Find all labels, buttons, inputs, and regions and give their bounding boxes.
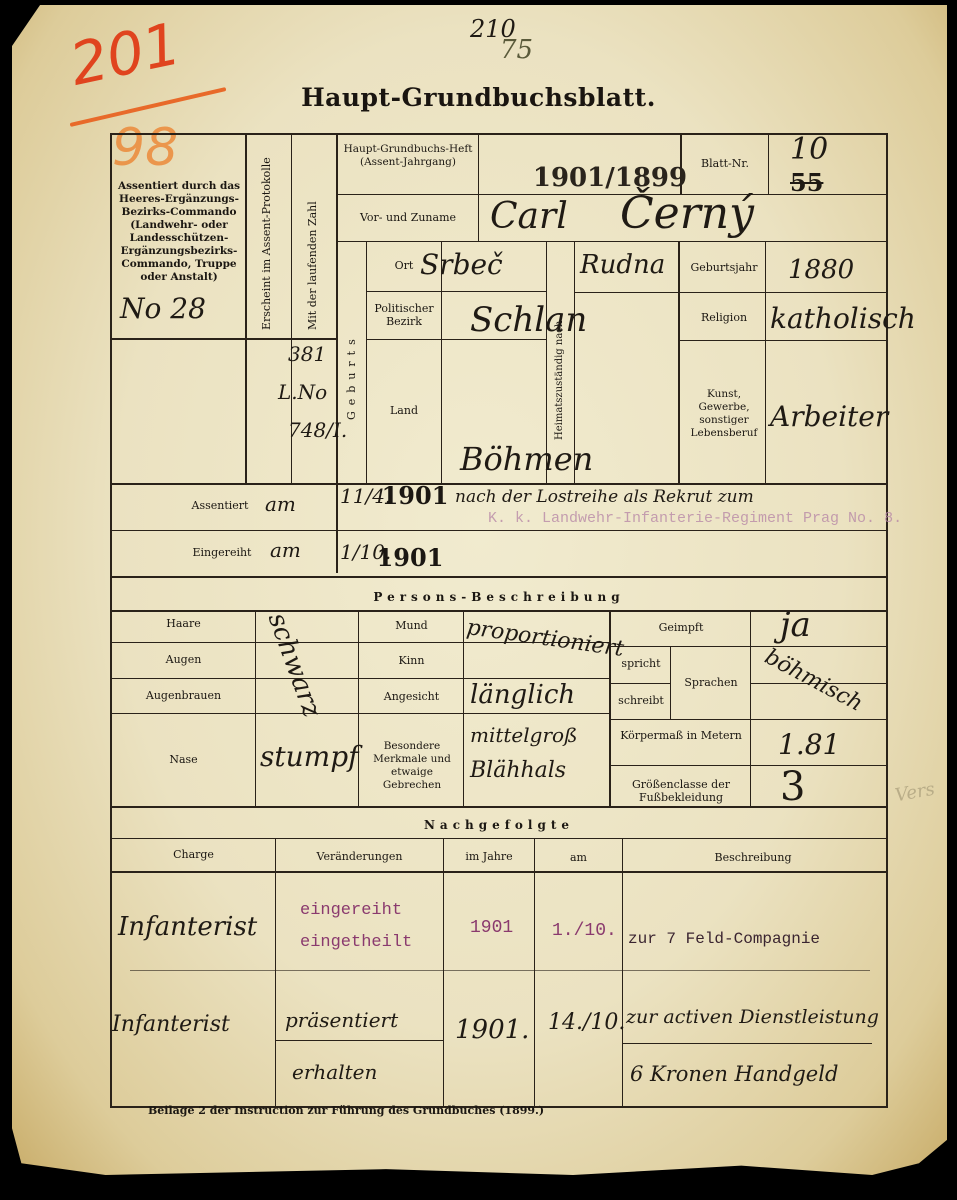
geimpft-label: Geimpft [612,621,750,634]
koerpermass-label: Körpermaß in Metern [612,729,750,742]
beruf-value: Arbeiter [770,400,888,433]
assentiert-durch-value: No 28 [120,292,206,325]
angesicht-label: Angesicht [360,690,463,703]
row2-beschreibung-2: 6 Kronen Handgeld [630,1062,838,1086]
fussbekleidung-label: Größenclasse der Fußbekleidung [612,778,750,804]
row1-beschreibung: zur 7 Feld-Compagnie [628,930,820,948]
col-header-beschreibung: Beschreibung [623,851,883,864]
row2-am: 14./10. [548,1010,625,1035]
nase-value: stumpf [260,740,359,773]
bezirk-value: Schlan [470,300,587,340]
mund-label: Mund [360,619,463,632]
col-header-veraenderungen: Veränderungen [276,850,443,863]
geburts-label: Geburts [345,320,358,420]
land-label: Land [367,404,441,417]
blatt-nr-label: Blatt-Nr. [682,157,768,170]
assentiert-label: Assentiert [190,499,250,512]
blatt-nr-value: 10 [790,132,828,167]
merkmale-value-1: mittelgroß [470,723,577,747]
fussbekleidung-value: 3 [780,764,805,810]
geburtsjahr-value: 1880 [788,255,854,285]
row2-beschreibung-1: zur activen Dienstleistung [626,1006,879,1028]
religion-label: Religion [682,311,766,324]
assentiert-durch-label: Assentiert durch das Heeres-Ergänzungs-B… [116,180,242,284]
koerpermass-value: 1.81 [778,728,840,761]
eingereiht-year: 1901 [375,545,445,571]
row1-am: 1./10. [552,921,617,941]
row2-veraenderung-1: präsentiert [285,1008,398,1032]
heft-label: Haupt-Grundbuchs-Heft (Assent-Jahrgang) [340,143,476,169]
persons-beschreibung-title: Persons-Beschreibung [110,590,888,604]
augenbrauen-label: Augenbrauen [112,689,255,702]
merkmale-label: Besondere Merkmale und etwaige Gebrechen [362,740,462,792]
footer-note: Beilage 2 der Instruction zur Führung de… [148,1104,544,1117]
assentiert-year: 1901 [380,483,450,509]
col-assent-protokolle-label: Erscheint im Assent-Protokolle [260,160,273,330]
blatt-nr-struck: 55 [790,168,823,197]
bezirk-label: Politischer Bezirk [367,302,441,328]
zahl-value-2: L.No [278,380,327,404]
land-value: Böhmen [460,440,593,478]
row1-veraenderung-1: eingereiht [300,901,402,920]
col-header-am: am [535,851,622,864]
page-title: Haupt-Grundbuchsblatt. [0,83,957,112]
assentiert-note: nach der Lostreihe als Rekrut zum [455,487,754,507]
eingereiht-label: Eingereiht [190,546,254,559]
schreibt-label: schreibt [612,694,670,707]
row1-jahr: 1901 [470,918,513,938]
zahl-value-1: 381 [288,342,326,366]
regiment-stamp: K. k. Landwehr-Infanterie-Regiment Prag … [488,510,902,527]
col-laufende-zahl-label: Mit der laufenden Zahl [306,190,319,330]
merkmale-value-2: Blähhals [470,758,566,783]
geimpft-value: ja [780,605,811,645]
last-name: Černý [620,188,754,239]
row2-jahr: 1901. [455,1015,529,1045]
sprachen-label: Sprachen [672,676,750,689]
haare-label: Haare [112,617,255,630]
assentiert-am: am [265,492,296,516]
religion-value: katholisch [770,302,916,335]
name-label: Vor- und Zuname [340,211,476,224]
heimat-value: Rudna [580,250,665,280]
top-number-2: 75 [500,35,533,65]
beruf-label: Kunst, Gewerbe, sonstiger Lebensberuf [682,388,766,440]
ort-value: Srbeč [420,248,503,281]
nase-label: Nase [112,753,255,766]
row2-charge: Infanterist [112,1012,230,1037]
augen-label: Augen [112,653,255,666]
eingereiht-am: am [270,538,301,562]
first-name: Carl [490,196,568,237]
spricht-label: spricht [612,657,670,670]
col-header-charge: Charge [112,848,275,861]
row2-veraenderung-2: erhalten [292,1060,377,1084]
nachgefolgte-title: Nachgefolgte [110,818,888,832]
geburtsjahr-label: Geburtsjahr [682,261,766,274]
col-header-jahr: im Jahre [444,850,534,863]
row1-charge: Infanterist [118,912,257,942]
kinn-label: Kinn [360,654,463,667]
zahl-value-3: 748/I. [288,418,347,442]
angesicht-value: länglich [470,680,575,710]
row1-veraenderung-2: eingetheilt [300,933,412,952]
